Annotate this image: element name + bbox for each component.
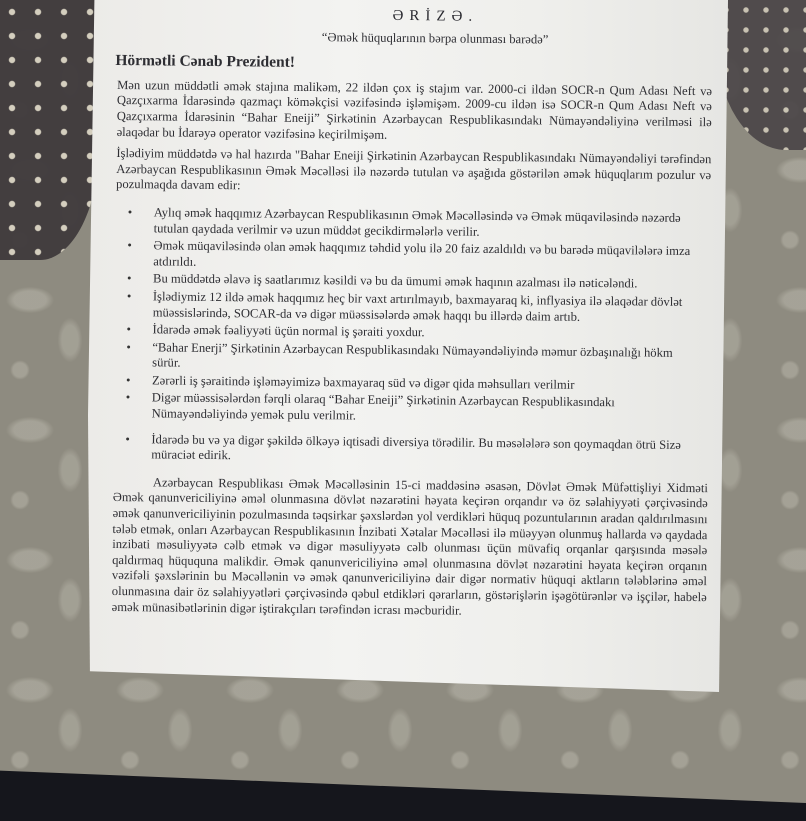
document-title: ƏRİZƏ. [118,6,713,28]
document-body: ƏRİZƏ. “Əmək hüquqlarının bərpa olunması… [112,0,713,621]
paragraph-legal-basis: Azərbaycan Respublikası Əmək Məcəlləsini… [112,475,708,622]
list-item: İdarədə bu və ya digər şəkildə ölkəyə iq… [151,432,708,469]
list-item: Digər müəssisələrdən fərqli olaraq “Baha… [152,391,709,428]
list-item: Əmək müqaviləsində olan əmək haqqımız tə… [153,239,710,276]
list-item: Aylıq əmək haqqımız Azərbaycan Respublik… [154,205,711,242]
complaints-list: Aylıq əmək haqqımız Azərbaycan Respublik… [113,205,711,469]
paragraph-intro: Mən uzun müddətli əmək stajına malikəm, … [117,78,713,147]
salutation: Hörmətli Cənab Prezident! [115,53,712,75]
document-subtitle: “Əmək hüquqlarının bərpa olunması barədə… [118,28,713,50]
paragraph-context: İşlədiyim müddətdə və hal hazırda "Bahar… [116,146,711,199]
list-item: “Bahar Enerji” Şirkətinin Azərbaycan Res… [152,340,709,377]
list-item: İşlədiymiz 12 ildə əmək haqqımız heç bir… [153,289,710,326]
